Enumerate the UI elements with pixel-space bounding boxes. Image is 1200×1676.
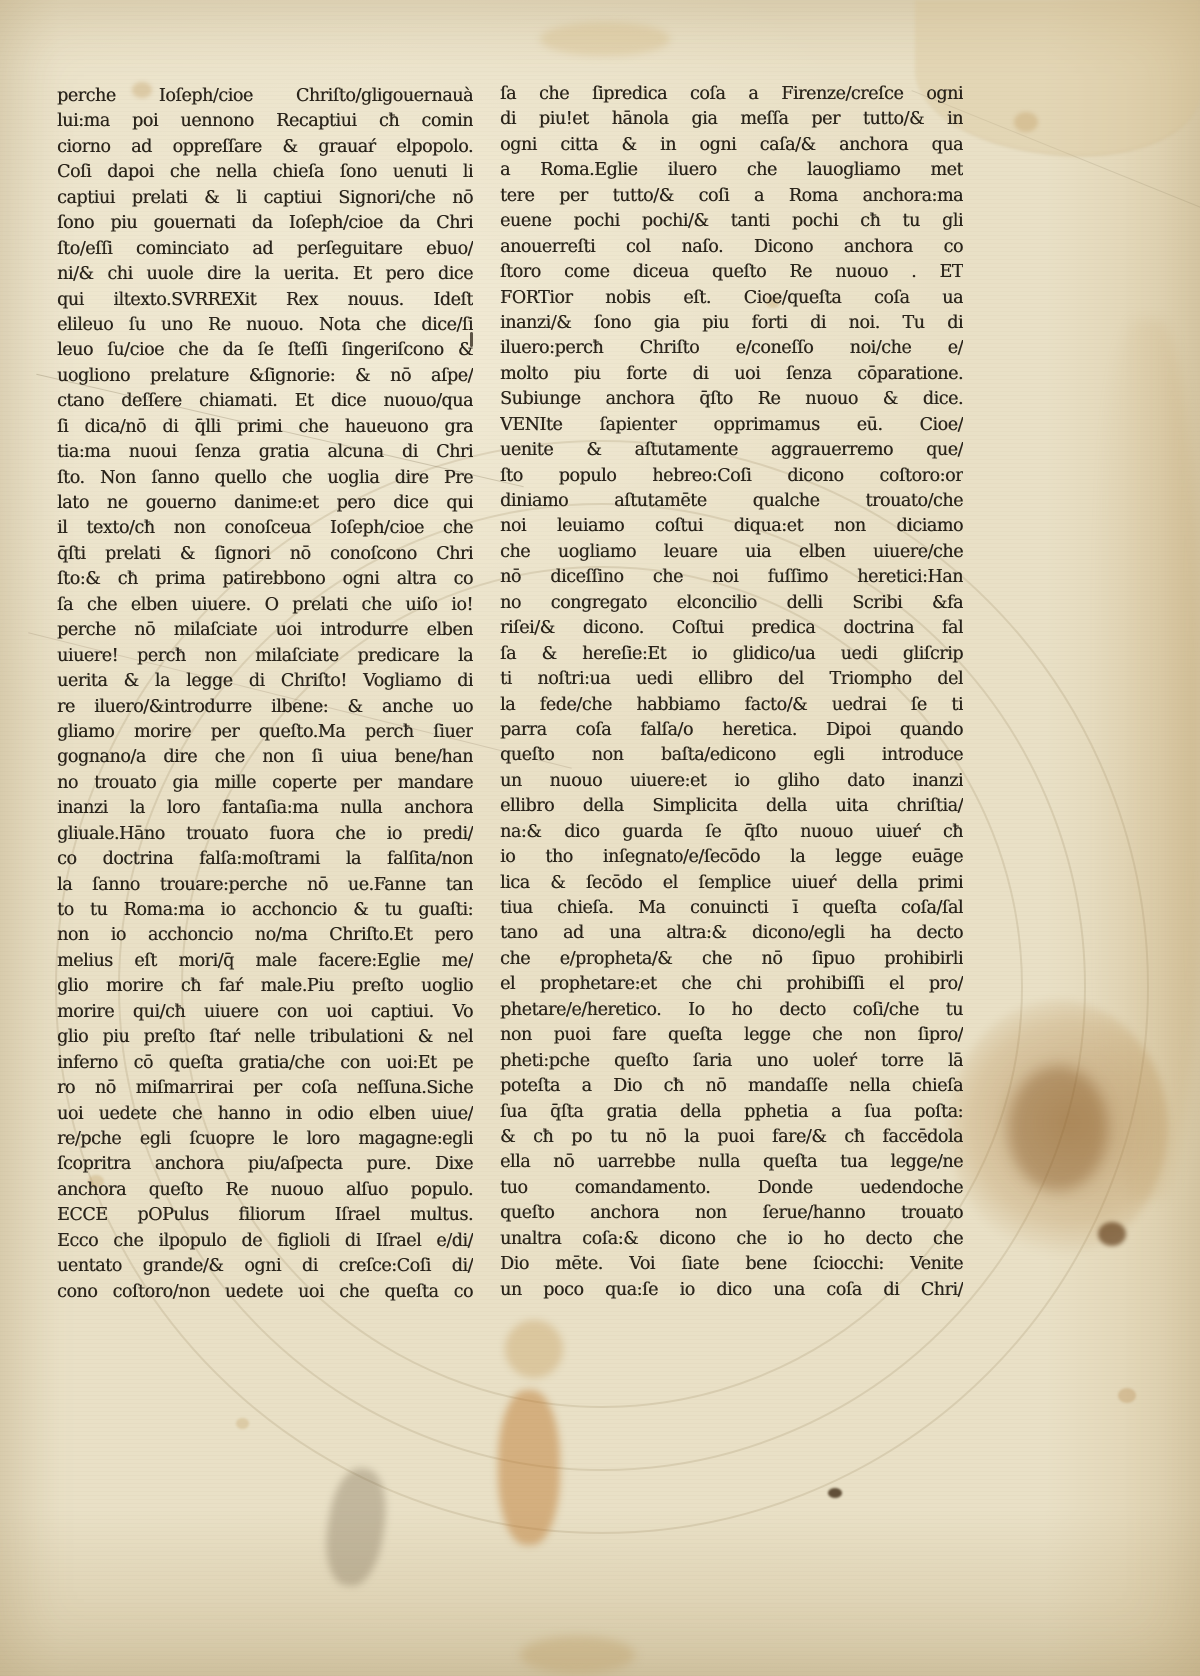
- text-line: ti noſtri:ua uedi ellibro del Triompho d…: [500, 667, 963, 692]
- text-line: inanzi/& ſono gia piu forti di noi. Tu d…: [500, 311, 963, 336]
- text-line: che e/propheta/& che nō ſipuo prohibirli: [500, 947, 963, 972]
- text-line: nō diceſſino che noi fuſſimo heretici:Ha…: [500, 565, 963, 590]
- text-line: q̄ſti prelati & ſignori nō conoſcono Chr…: [57, 542, 473, 567]
- book-page: perche Ioſeph/cioe Chriſto/gligouernauàl…: [0, 0, 1200, 1676]
- text-line: uiuere! percħ non milaſciate predicare l…: [57, 644, 473, 669]
- text-line: ſto:& cħ prima patirebbono ogni altra co: [57, 567, 473, 592]
- text-line: poteſta a Dio cħ nō mandaſſe nella chieſ…: [500, 1074, 963, 1099]
- text-line: inanzi la loro fantaſia:ma nulla anchora: [57, 796, 473, 821]
- text-column-left: perche Ioſeph/cioe Chriſto/gligouernauàl…: [57, 84, 473, 1305]
- foxing-spot: [1014, 112, 1038, 132]
- text-line: euene pochi pochi/& tanti pochi cħ tu gl…: [500, 209, 963, 234]
- foxing-spot: [540, 22, 670, 56]
- text-line: cono coſtoro/non uedete uoi che queſta c…: [57, 1280, 473, 1305]
- text-line: ella nō uarrebbe nulla queſta tua legge/…: [500, 1150, 963, 1175]
- text-line: FORTior nobis eſt. Cioe/queſta coſa ua: [500, 286, 963, 311]
- text-line: uenite & aſtutamente aggrauerremo que/: [500, 438, 963, 463]
- text-line: tuo comandamento. Donde uedendoche: [500, 1176, 963, 1201]
- text-line: noi leuiamo coſtui diqua:et non diciamo: [500, 514, 963, 539]
- text-line: ni/& chi uuole dire la uerita. Et pero d…: [57, 262, 473, 287]
- text-line: ſi dica/nō di q̄lli primi che haueuono g…: [57, 415, 473, 440]
- foxing-spot: [505, 1320, 563, 1378]
- text-line: inferno cō queſta gratia/che con uoi:Et …: [57, 1051, 473, 1076]
- text-line: & cħ po tu nō la puoi fare/& cħ faccēdol…: [500, 1125, 963, 1150]
- text-line: che uogliamo leuare uia elben uiuere/che: [500, 540, 963, 565]
- text-line: uerita & la legge di Chriſto! Vogliamo d…: [57, 669, 473, 694]
- text-line: unaltra coſa:& dicono che io ho decto ch…: [500, 1227, 963, 1252]
- text-line: perche Ioſeph/cioe Chriſto/gligouernauà: [57, 84, 473, 109]
- text-line: queſto non baſta/edicono egli introduce: [500, 743, 963, 768]
- text-line: tia:ma nuoui ſenza gratia alcuna di Chri: [57, 440, 473, 465]
- text-line: re/pche egli ſcuopre le loro magagne:egl…: [57, 1127, 473, 1152]
- text-line: anchora queſto Re nuouo alſuo populo.: [57, 1178, 473, 1203]
- text-line: anouerreſti col naſo. Dicono anchora co: [500, 235, 963, 260]
- large-brown-stain: [948, 1000, 1168, 1255]
- text-line: diniamo aſtutamēte qualche trouato/che: [500, 489, 963, 514]
- text-line: ciorno ad oppreſſare & grauaŕ elpopolo.: [57, 135, 473, 160]
- text-line: ſa che elben uiuere. O prelati che uiſo …: [57, 593, 473, 618]
- text-line: elileuo ſu uno Re nuouo. Nota che dice/ſ…: [57, 313, 473, 338]
- text-line: morire qui/cħ uiuere con uoi captiui. Vo: [57, 1000, 473, 1025]
- text-line: ſua q̄ſta gratia della pphetia a ſua poſ…: [500, 1100, 963, 1125]
- text-line: ſto populo hebreo:Coſi dicono coſtoro:or: [500, 464, 963, 489]
- text-line: uoi uedete che hanno in odio elben uiue/: [57, 1102, 473, 1127]
- text-line: no congregato elconcilio delli Scribi &f…: [500, 591, 963, 616]
- text-line: ellibro della Simplicita della uita chri…: [500, 794, 963, 819]
- text-line: ctano deſſere chiamati. Et dice nuouo/qu…: [57, 389, 473, 414]
- brown-stain-core: [1008, 1066, 1108, 1191]
- text-line: to tu Roma:ma io acchoncio & tu guaſti:: [57, 898, 473, 923]
- text-line: ECCE pOPulus filiorum Iſrael multus.: [57, 1203, 473, 1228]
- text-line: gliamo morire per queſto.Ma percħ ſiuer: [57, 720, 473, 745]
- right-margin-wash: [1095, 320, 1200, 1200]
- text-line: VENIte ſapienter opprimamus eū. Cioe/: [500, 413, 963, 438]
- text-line: ſa & hereſie:Et io glidico/ua uedi gliſc…: [500, 642, 963, 667]
- text-line: non puoi fare queſta legge che non ſipro…: [500, 1023, 963, 1048]
- text-line: phetare/e/heretico. Io ho decto coſi/che…: [500, 998, 963, 1023]
- foxing-spot: [520, 1636, 635, 1674]
- text-line: di piu!et hānola gia meſſa per tutto/& i…: [500, 107, 963, 132]
- text-line: re iluero/&introdurre ilbene: & anche uo: [57, 695, 473, 720]
- text-line: Coſi dapoi che nella chieſa ſono uenuti …: [57, 160, 473, 185]
- text-line: ſa che ſipredica coſa a Firenze/creſce o…: [500, 82, 963, 107]
- foxing-spot: [1118, 1388, 1136, 1403]
- text-line: captiui prelati & li captiui Signori/che…: [57, 186, 473, 211]
- text-line: il texto/cħ non conoſceua Ioſeph/cioe ch…: [57, 516, 473, 541]
- text-line: lui:ma poi uennono Recaptiui cħ comin: [57, 109, 473, 134]
- text-line: qui iltexto.SVRREXit Rex nouus. Ideſt: [57, 288, 473, 313]
- text-line: la ſanno trouare:perche nō ue.Fanne tan: [57, 873, 473, 898]
- text-line: tano ad una altra:& dicono/egli ha decto: [500, 921, 963, 946]
- text-line: gliuale.Hāno trouato fuora che io predi/: [57, 822, 473, 847]
- text-line: la fede/che habbiamo facto/& uedrai ſe t…: [500, 693, 963, 718]
- text-line: ro nō miſmarrirai per coſa neſſuna.Siche: [57, 1076, 473, 1101]
- text-line: tiua chieſa. Ma conuincti ī queſta coſa/…: [500, 896, 963, 921]
- text-line: na:& dico guarda ſe q̄ſto nuouo uiueŕ cħ: [500, 820, 963, 845]
- text-line: un poco qua:ſe io dico una coſa di Chri/: [500, 1278, 963, 1303]
- text-line: glio morire cħ faŕ male.Piu preſto uogli…: [57, 974, 473, 999]
- dark-stain-dot: [1098, 1222, 1126, 1246]
- text-line: parra coſa falſa/o heretica. Dipoi quand…: [500, 718, 963, 743]
- text-line: queſto anchora non ſerue/hanno trouato: [500, 1201, 963, 1226]
- text-line: no trouato gia mille coperte per mandare: [57, 771, 473, 796]
- orange-streak-stain: [498, 1390, 560, 1545]
- text-line: melius eſt mori/q̄ male facere:Eglie me/: [57, 949, 473, 974]
- text-line: lica & ſecōdo el ſemplice uiueŕ della pr…: [500, 871, 963, 896]
- text-line: lato ne gouerno danime:et pero dice qui: [57, 491, 473, 516]
- text-line: Dio mēte. Voi ſiate bene ſciocchi: Venit…: [500, 1252, 963, 1277]
- text-line: iluero:percħ Chriſto e/coneſſo noi/che e…: [500, 336, 963, 361]
- foxing-spot: [236, 1418, 249, 1429]
- grey-smudge-stain: [320, 1465, 392, 1590]
- text-line: glio piu preſto ſtaŕ nelle tribulationi …: [57, 1025, 473, 1050]
- text-line: riſei/& dicono. Coſtui predica doctrina …: [500, 616, 963, 641]
- text-line: pheti:pche queſto ſaria uno uoleŕ torre …: [500, 1049, 963, 1074]
- text-line: molto piu forte di uoi ſenza cōparatione…: [500, 362, 963, 387]
- text-line: Ecco che ilpopulo de figlioli di Iſrael …: [57, 1229, 473, 1254]
- text-line: un nuouo uiuere:et io gliho dato inanzi: [500, 769, 963, 794]
- text-line: leuo ſu/cioe che da ſe ſteſſi ſingeriſco…: [57, 338, 473, 363]
- text-line: gognano/a dire che non ſi uiua bene/han: [57, 745, 473, 770]
- text-line: ſono piu gouernati da Ioſeph/cioe da Chr…: [57, 211, 473, 236]
- text-line: ogni citta & in ogni caſa/& anchora qua: [500, 133, 963, 158]
- text-line: ſto. Non ſanno quello che uoglia dire Pr…: [57, 466, 473, 491]
- text-column-right: ſa che ſipredica coſa a Firenze/creſce o…: [500, 82, 963, 1303]
- text-line: ſtoro come diceua queſto Re nuouo . ET: [500, 260, 963, 285]
- text-line: Subiunge anchora q̄ſto Re nuouo & dice.: [500, 387, 963, 412]
- text-line: uentato grande/& ogni di creſce:Coſi di/: [57, 1254, 473, 1279]
- text-line: uogliono prelature &ſignorie: & nō aſpe/: [57, 364, 473, 389]
- text-line: tere per tutto/& coſi a Roma anchora:ma: [500, 184, 963, 209]
- dark-speck: [828, 1488, 842, 1498]
- text-line: non io acchoncio no/ma Chriſto.Et pero: [57, 923, 473, 948]
- text-line: perche nō milaſciate uoi introdurre elbe…: [57, 618, 473, 643]
- text-line: co doctrina falſa:moſtrami la falſita/no…: [57, 847, 473, 872]
- text-line: io tho inſegnato/e/ſecōdo la legge euāge: [500, 845, 963, 870]
- text-line: ſcopritra anchora piu/aſpecta pure. Dixe: [57, 1152, 473, 1177]
- text-line: a Roma.Eglie iluero che lauogliamo met: [500, 158, 963, 183]
- text-line: el prophetare:et che chi prohibiſſi el p…: [500, 972, 963, 997]
- text-line: ſto/eſſi cominciato ad perſeguitare ebuo…: [57, 237, 473, 262]
